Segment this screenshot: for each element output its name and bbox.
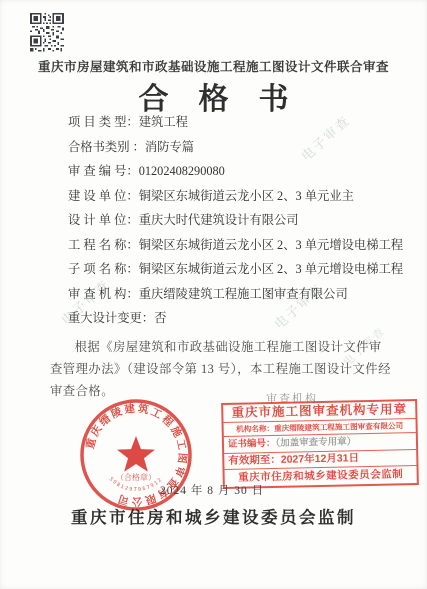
field-list: 项 目 类 型：建筑工程 合格书类别 ：消防专篇 审 查 编 号：0120240…	[68, 112, 408, 333]
document-header: 重庆市房屋建筑和市政基础设施工程施工图设计文件联合审查	[0, 57, 427, 75]
field-label: 工 程 名 称：	[68, 238, 139, 252]
field-label: 合格书类别 ：	[68, 140, 145, 154]
certificate-page: 重庆市房屋建筑和市政基础设施工程施工图设计文件联合审查 合格书 电子审查 电子审…	[0, 0, 427, 589]
issue-date: 2024 年 8 月 30 日	[160, 482, 264, 498]
field-review-agency: 审 查 机 构：重庆缙陵建筑工程施工图审查有限公司	[68, 284, 408, 309]
field-major-design-change: 重大设计变更：否	[68, 308, 408, 333]
field-value: 消防专篇	[145, 140, 194, 154]
field-value: 重庆缙陵建筑工程施工图审查有限公司	[139, 287, 348, 301]
field-value: 建筑工程	[139, 115, 188, 129]
field-subitem-name: 子 项 名 称：铜梁区东城街道云龙小区 2、3 单元增设电梯工程	[68, 259, 408, 284]
field-value: 否	[154, 311, 166, 325]
cert-number-overlap-text: （加盖审查专用章）	[275, 437, 356, 449]
field-value: 铜梁区东城街道云龙小区 2、3 单元增设电梯工程	[139, 262, 403, 276]
field-review-number: 审 查 编 号：01202408290080	[68, 161, 408, 186]
field-value: 铜梁区东城街道云龙小区 2、3 单元业主	[139, 189, 354, 203]
field-project-name: 工 程 名 称：铜梁区东城街道云龙小区 2、3 单元增设电梯工程	[68, 235, 408, 260]
cert-number-label: 证书编号：	[228, 438, 276, 450]
seal-inner-text: （合格章）	[116, 472, 156, 482]
approval-paragraph: 根据《房屋建筑和市政基础设施工程施工图设计文件审查管理办法》（建设部令第 13 …	[50, 336, 392, 402]
seal-star-icon	[117, 436, 155, 472]
field-value: 铜梁区东城街道云龙小区 2、3 单元增设电梯工程	[139, 238, 403, 252]
field-construction-unit: 建 设 单 位：铜梁区东城街道云龙小区 2、3 单元业主	[68, 186, 408, 211]
field-value: 重庆大时代建筑设计有限公司	[139, 213, 299, 227]
field-label: 审 查 编 号：	[68, 164, 139, 178]
field-certificate-category: 合格书类别 ：消防专篇	[68, 137, 408, 162]
field-label: 审 查 机 构：	[68, 287, 139, 301]
field-label: 设 计 单 位：	[68, 213, 139, 227]
field-project-type: 项 目 类 型：建筑工程	[68, 112, 408, 137]
rect-review-stamp: 重庆市施工图审查机构专用章 机构名称：重庆缙陵建筑工程施工图审查有限公司 证书编…	[221, 399, 419, 489]
field-label: 子 项 名 称：	[68, 262, 139, 276]
field-value: 01202408290080	[139, 164, 225, 178]
field-design-unit: 设 计 单 位：重庆大时代建筑设计有限公司	[68, 210, 408, 235]
qr-code-icon	[30, 13, 64, 53]
field-label: 建 设 单 位：	[68, 189, 139, 203]
supervising-authority: 重庆市住房和城乡建设委员会监制	[0, 504, 427, 528]
field-label: 重大设计变更：	[68, 311, 154, 325]
field-label: 项 目 类 型：	[68, 115, 139, 129]
